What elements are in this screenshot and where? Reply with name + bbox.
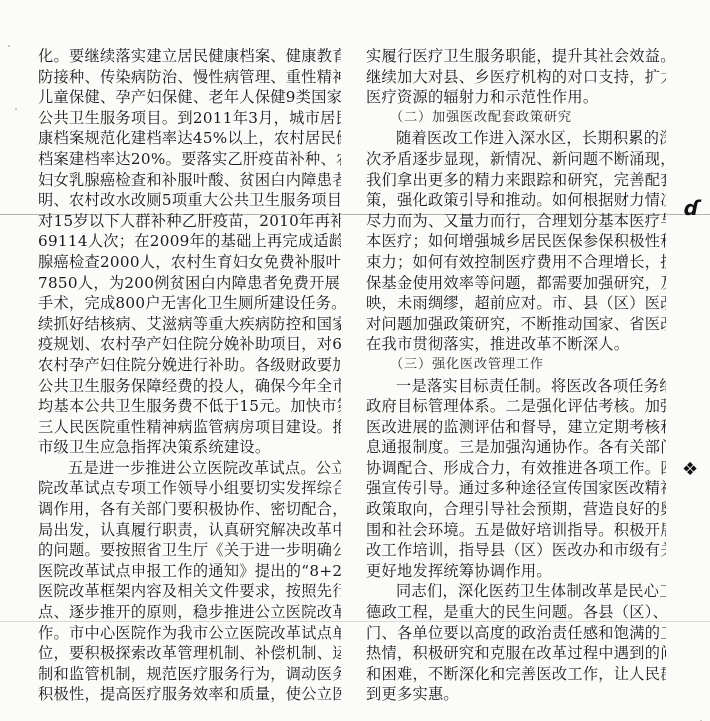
binding-hole-mark-icon: ❖ xyxy=(682,459,698,480)
text-line: 7850人，为200例贫困白内障患者免费开展复明 xyxy=(38,273,341,294)
text-line: 康档案规范化建档率达45%以上，农村居民健康 xyxy=(38,128,341,149)
text-line: 医疗资源的辐射力和示范性作用。 xyxy=(366,87,666,108)
text-line: 局出发，认真履行职责，认真研究解决改革中出现 xyxy=(38,520,341,541)
text-line: 更好地发挥统筹协调作用。 xyxy=(366,561,666,582)
text-line: 改工作培训，指导县（区）医改办和市级有关部门 xyxy=(366,540,666,561)
text-line: 在我市贯彻落实，推进改革不断深人。 xyxy=(366,334,666,355)
text-line: 息通报制度。三是加强沟通协作。各有关部门要 xyxy=(366,437,666,458)
text-line: 尽力而为、又量力而行，合理划分基本医疗与非基 xyxy=(366,211,666,232)
text-line: 疫规划、农村孕产妇住院分娩补助项目，对6440名 xyxy=(38,334,341,355)
text-line: 随着医改工作进入深水区，长期积累的深层 xyxy=(366,128,666,149)
text-line: 到更多实惠。 xyxy=(366,684,666,705)
text-line: 院改革试点专项工作领导小组要切实发挥综合协 xyxy=(38,478,341,499)
text-line: 束力；如何有效控制医疗费用不合理增长，提高医 xyxy=(366,252,666,273)
scan-speck xyxy=(15,108,17,110)
text-line: 映，未雨绸缪，超前应对。市、县（区）医改办要针 xyxy=(366,293,666,314)
text-line: 一是落实目标责任制。将医改各项任务纳人 xyxy=(366,376,666,397)
text-line: 我们拿出更多的精力来跟踪和研究，完善配套政 xyxy=(366,170,666,191)
text-line: 保基金使用效率等问题，都需要加强研究，及时反 xyxy=(366,273,666,294)
text-line: 医院改革试点申报工作的通知》提出的“8+2”公立 xyxy=(38,561,341,582)
text-line: 同志们，深化医药卫生体制改革是民心工程、 xyxy=(366,581,666,602)
text-line: 政策取向，合理引导社会预期，营造良好的舆论氛 xyxy=(366,499,666,520)
text-line: 德政工程，是重大的民生问题。各县（区）、各部 xyxy=(366,602,666,623)
text-line: 公共卫生服务项目。到2011年3月，城市居民健 xyxy=(38,108,341,129)
text-line: 腺癌检查2000人，农村生育妇女免费补服叶酸 xyxy=(38,252,341,273)
text-line: 医院改革框架内容及相关文件要求，按照先行试 xyxy=(38,581,341,602)
scan-speck xyxy=(8,45,10,47)
text-line: 化。要继续落实建立居民健康档案、健康教育、预 xyxy=(38,46,341,67)
text-line: 强宣传引导。通过多种途径宣传国家医改精神和 xyxy=(366,478,666,499)
text-line: 点、逐步推开的原则，稳步推进公立医院改革工 xyxy=(38,602,341,623)
text-line: 协调配合、形成合力，有效推进各项工作。四是加 xyxy=(366,458,666,479)
section-heading: （三）强化医改管理工作 xyxy=(366,355,666,376)
section-heading: （二）加强医改配套政策研究 xyxy=(366,108,666,129)
text-line: 对15岁以下人群补种乙肝疫苗，2010年再补种 xyxy=(38,211,341,232)
text-line: 次矛盾逐步显现，新情况、新问题不断涌现，要求 xyxy=(366,149,666,170)
text-line: 五是进一步推进公立医院改革试点。公立医 xyxy=(38,458,341,479)
text-line: 儿童保健、孕产妇保健、老年人保健9类国家基本 xyxy=(38,87,341,108)
text-line: 妇女乳腺癌检查和补服叶酸、贫困白内障患者复 xyxy=(38,170,341,191)
text-line: 策，强化政策引导和推动。如何根据财力情况既 xyxy=(366,190,666,211)
text-line: 医改进展的监测评估和督导，建立定期考核和信 xyxy=(366,417,666,438)
text-line: 热情，积极研究和克服在改革过程中遇到的问题 xyxy=(366,643,666,664)
scanned-document-page: 化。要继续落实建立居民健康档案、健康教育、预防接种、传染病防治、慢性病管理、重性… xyxy=(0,0,710,721)
text-line: 政府目标管理体系。二是强化评估考核。加强对 xyxy=(366,396,666,417)
text-line: 作。市中心医院作为我市公立医院改革试点单 xyxy=(38,623,341,644)
text-line: 积极性，提高医疗服务效率和质量，使公立医院切 xyxy=(38,684,341,705)
text-line: 手术，完成800户无害化卫生厕所建设任务。继 xyxy=(38,293,341,314)
text-line: 防接种、传染病防治、慢性病管理、重性精神疾病、 xyxy=(38,67,341,88)
text-line: 三人民医院重性精神病监管病房项目建设。推进 xyxy=(38,417,341,438)
left-text-column: 化。要继续落实建立居民健康档案、健康教育、预防接种、传染病防治、慢性病管理、重性… xyxy=(38,46,341,705)
text-line: 围和社会环境。五是做好培训指导。积极开展医 xyxy=(366,520,666,541)
text-line: 对问题加强政策研究，不断推动国家、省医改精神 xyxy=(366,314,666,335)
text-line: 实履行医疗卫生服务职能，提升其社会效益。要 xyxy=(366,46,666,67)
text-line: 门、各单位要以高度的政治责任感和饱满的工作 xyxy=(366,623,666,644)
text-line: 公共卫生服务保障经费的投人，确保今年全市人 xyxy=(38,376,341,397)
text-line: 调作用，各有关部门要积极协作、密切配合，从大 xyxy=(38,499,341,520)
text-line: 制和监管机制，规范医疗服务行为，调动医务人员 xyxy=(38,664,341,685)
text-line: 本医疗；如何增强城乡居民医保参保积极性和约 xyxy=(366,231,666,252)
text-line: 农村孕产妇住院分娩进行补助。各级财政要加大 xyxy=(38,355,341,376)
text-line: 市级卫生应急指挥决策系统建设。 xyxy=(38,437,341,458)
text-line: 均基本公共卫生服务费不低于15元。加快市第 xyxy=(38,396,341,417)
right-text-column: 实履行医疗卫生服务职能，提升其社会效益。要继续加大对县、乡医疗机构的对口支持，扩… xyxy=(366,46,666,705)
text-line: 档案建档率达20%。要落实乙肝疫苗补种、农村 xyxy=(38,149,341,170)
text-line: 位，要积极探索改革管理机制、补偿机制、运行机 xyxy=(38,643,341,664)
text-line: 续抓好结核病、艾滋病等重大疾病防控和国家免 xyxy=(38,314,341,335)
text-line: 和困难，不断深化和完善医改工作，让人民群众得 xyxy=(366,664,666,685)
text-line: 继续加大对县、乡医疗机构的对口支持，扩大优质 xyxy=(366,67,666,88)
text-line: 明、农村改水改厕5项重大公共卫生服务项目。 xyxy=(38,190,341,211)
text-line: 69114人次；在2009年的基础上再完成适龄妇女乳 xyxy=(38,231,341,252)
text-line: 的问题。要按照省卫生厅《关于进一步明确公立 xyxy=(38,540,341,561)
handwritten-mark-icon: ɗ xyxy=(684,196,700,220)
